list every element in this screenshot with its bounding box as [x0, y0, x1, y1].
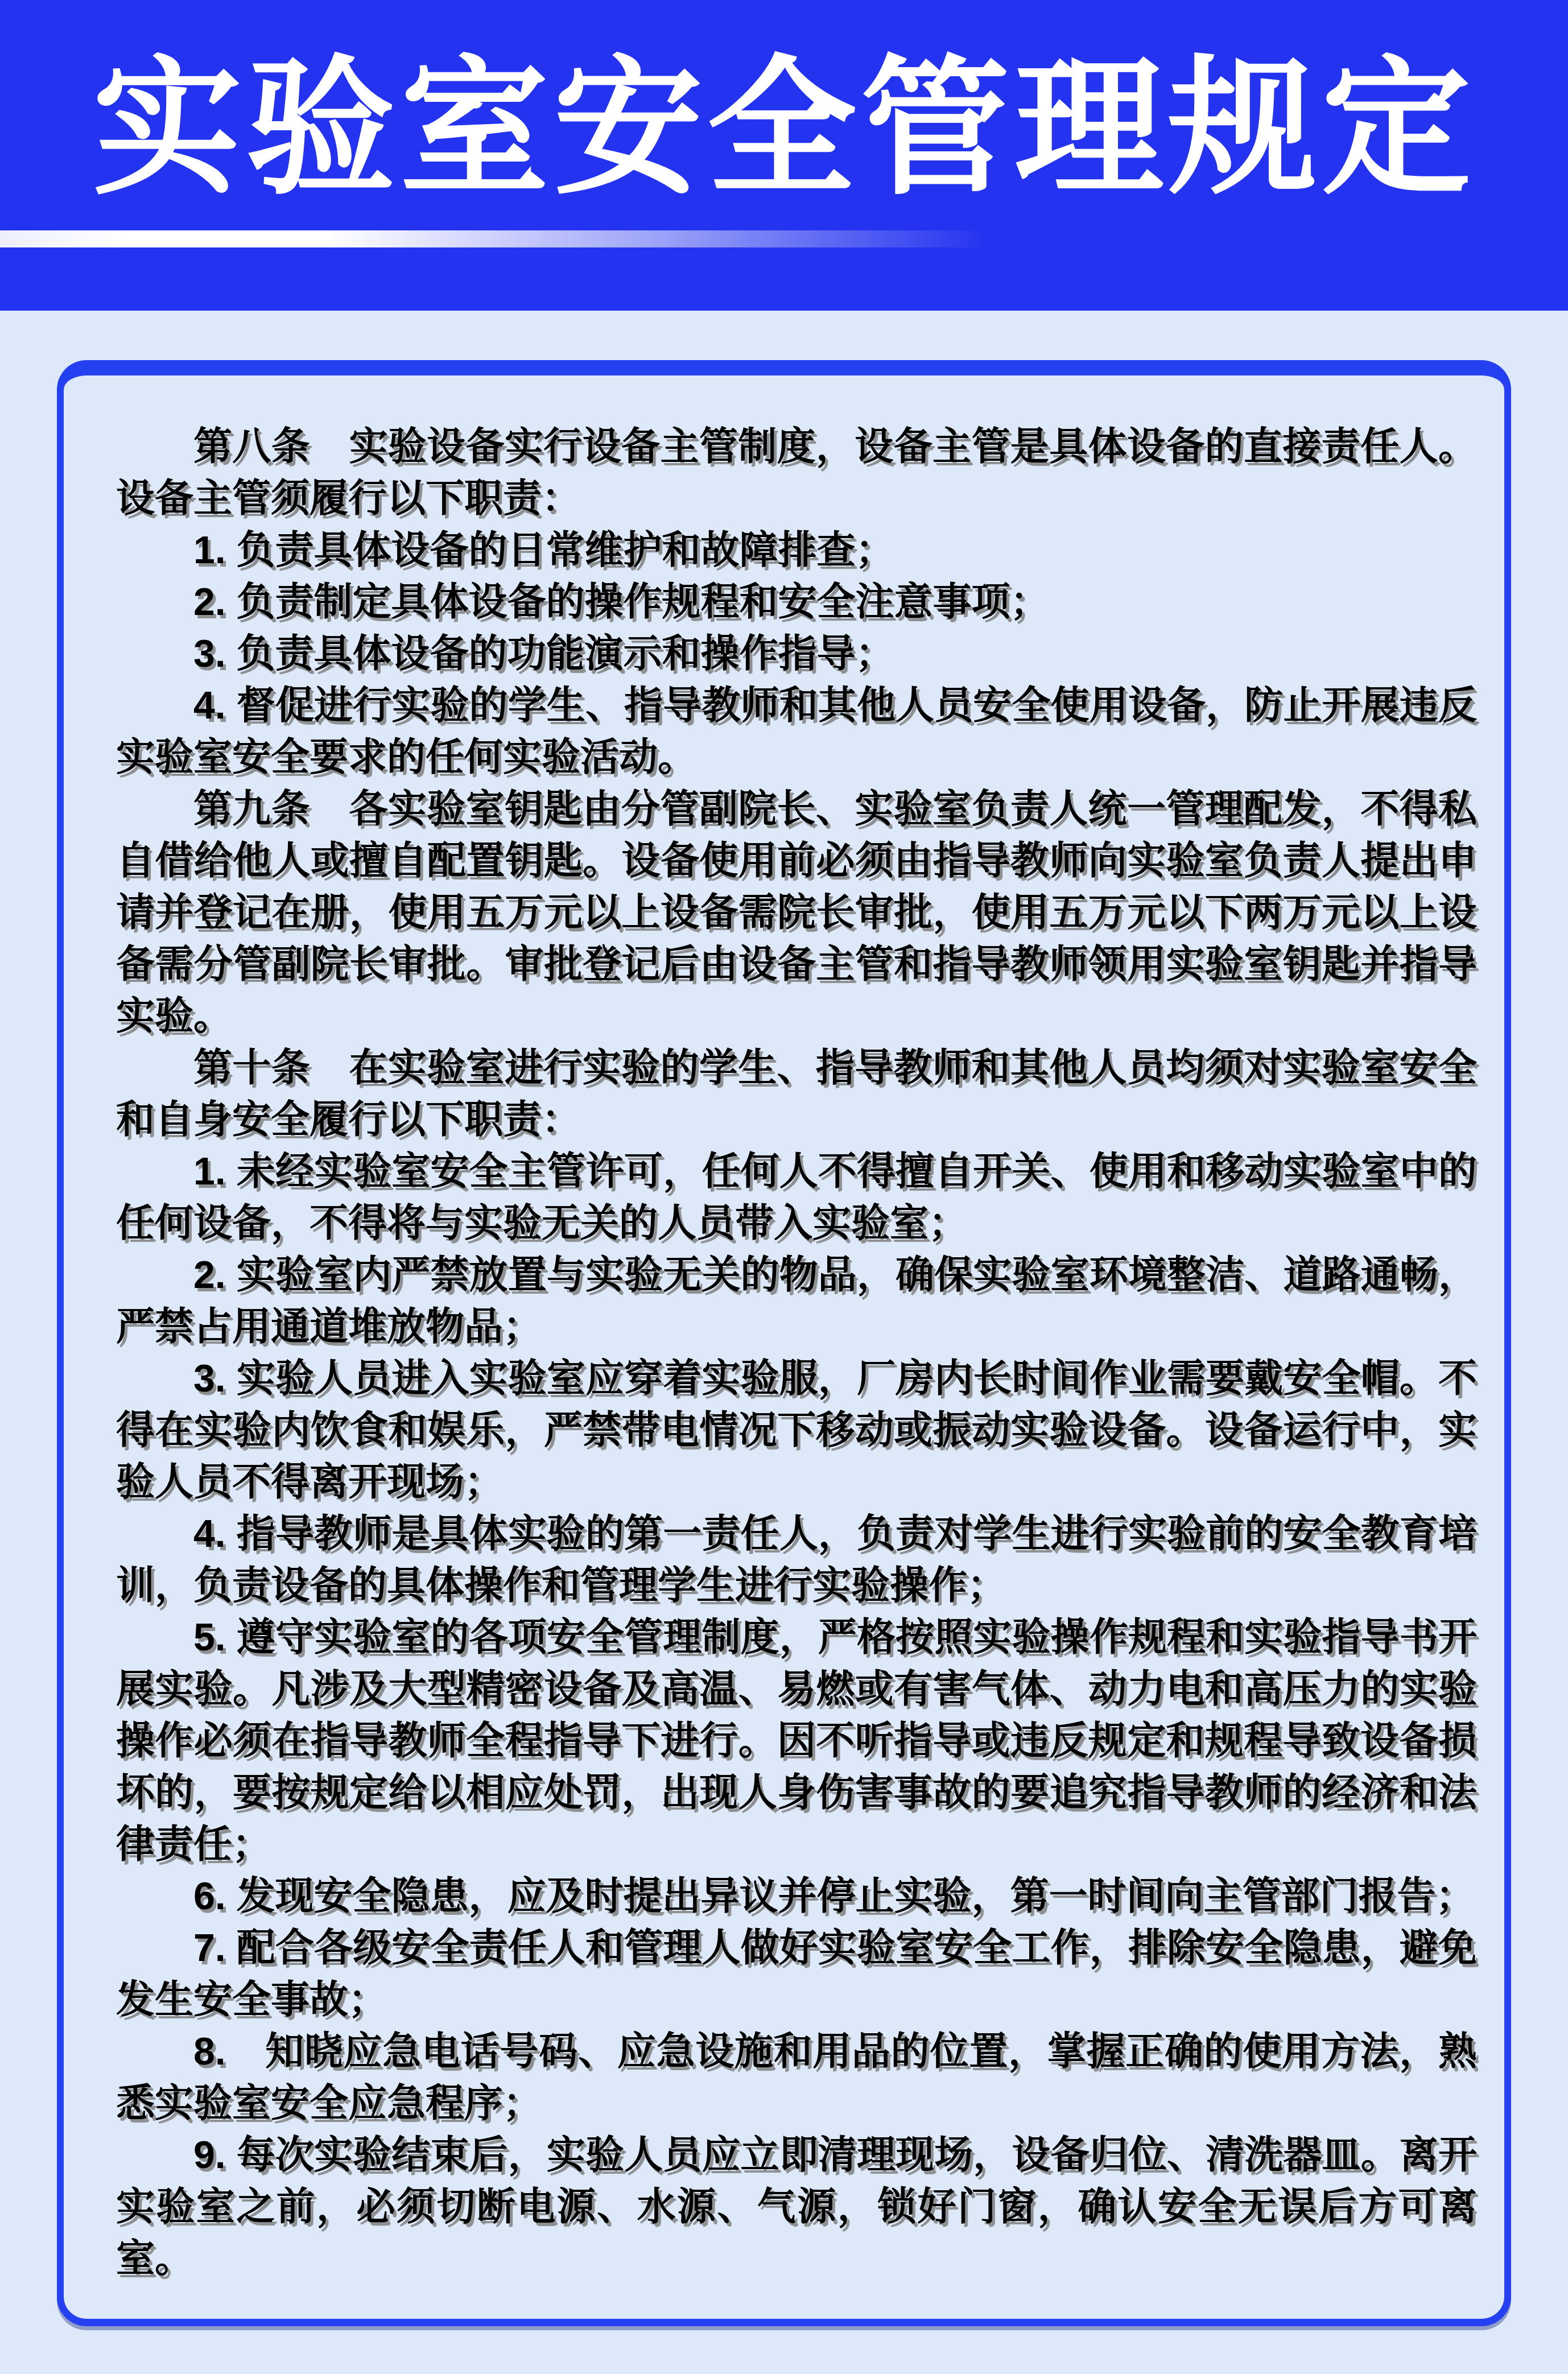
paragraph: 4. 指导教师是具体实验的第一责任人，负责对学生进行实验前的安全教育培训，负责设… — [116, 1508, 1477, 1612]
paragraph: 3. 负责具体设备的功能演示和操作指导； — [116, 628, 1477, 680]
paragraph: 7. 配合各级安全责任人和管理人做好实验室安全工作，排除安全隐患，避免发生安全事… — [116, 1922, 1477, 2026]
regulations-box: 第八条 实验设备实行设备主管制度，设备主管是具体设备的直接责任人。设备主管须履行… — [57, 360, 1511, 2326]
paragraph: 8. 知晓应急电话号码、应急设施和用品的位置，掌握正确的使用方法，熟悉实验室安全… — [116, 2026, 1477, 2129]
paragraph: 2. 实验室内严禁放置与实验无关的物品，确保实验室环境整洁、道路通畅，严禁占用通… — [116, 1249, 1477, 1353]
paragraph: 1. 未经实验室安全主管许可，任何人不得擅自开关、使用和移动实验室中的任何设备，… — [116, 1146, 1477, 1249]
paragraph-list: 第八条 实验设备实行设备主管制度，设备主管是具体设备的直接责任人。设备主管须履行… — [116, 421, 1477, 2285]
paragraph: 6. 发现安全隐患，应及时提出异议并停止实验，第一时间向主管部门报告； — [116, 1871, 1477, 1922]
paragraph: 1. 负责具体设备的日常维护和故障排查； — [116, 525, 1477, 576]
page-title: 实验室安全管理规定 — [0, 0, 1568, 210]
paragraph: 第十条 在实验室进行实验的学生、指导教师和其他人员均须对实验室安全和自身安全履行… — [116, 1042, 1477, 1146]
content-area: 第八条 实验设备实行设备主管制度，设备主管是具体设备的直接责任人。设备主管须履行… — [0, 311, 1568, 2326]
paragraph: 4. 督促进行实验的学生、指导教师和其他人员安全使用设备，防止开展违反实验室安全… — [116, 680, 1477, 783]
paragraph: 9. 每次实验结束后，实验人员应立即清理现场，设备归位、清洗器皿。离开实验室之前… — [116, 2129, 1477, 2285]
header-banner: 实验室安全管理规定 — [0, 0, 1568, 311]
regulations-poster: 实验室安全管理规定 第八条 实验设备实行设备主管制度，设备主管是具体设备的直接责… — [0, 0, 1568, 2374]
divider-gradient-bar — [0, 230, 1568, 247]
paragraph: 第八条 实验设备实行设备主管制度，设备主管是具体设备的直接责任人。设备主管须履行… — [116, 421, 1477, 525]
paragraph: 第九条 各实验室钥匙由分管副院长、实验室负责人统一管理配发，不得私自借给他人或擅… — [116, 783, 1477, 1042]
paragraph: 2. 负责制定具体设备的操作规程和安全注意事项； — [116, 576, 1477, 628]
paragraph: 3. 实验人员进入实验室应穿着实验服，厂房内长时间作业需要戴安全帽。不得在实验内… — [116, 1353, 1477, 1508]
paragraph: 5. 遵守实验室的各项安全管理制度，严格按照实验操作规程和实验指导书开展实验。凡… — [116, 1612, 1477, 1871]
